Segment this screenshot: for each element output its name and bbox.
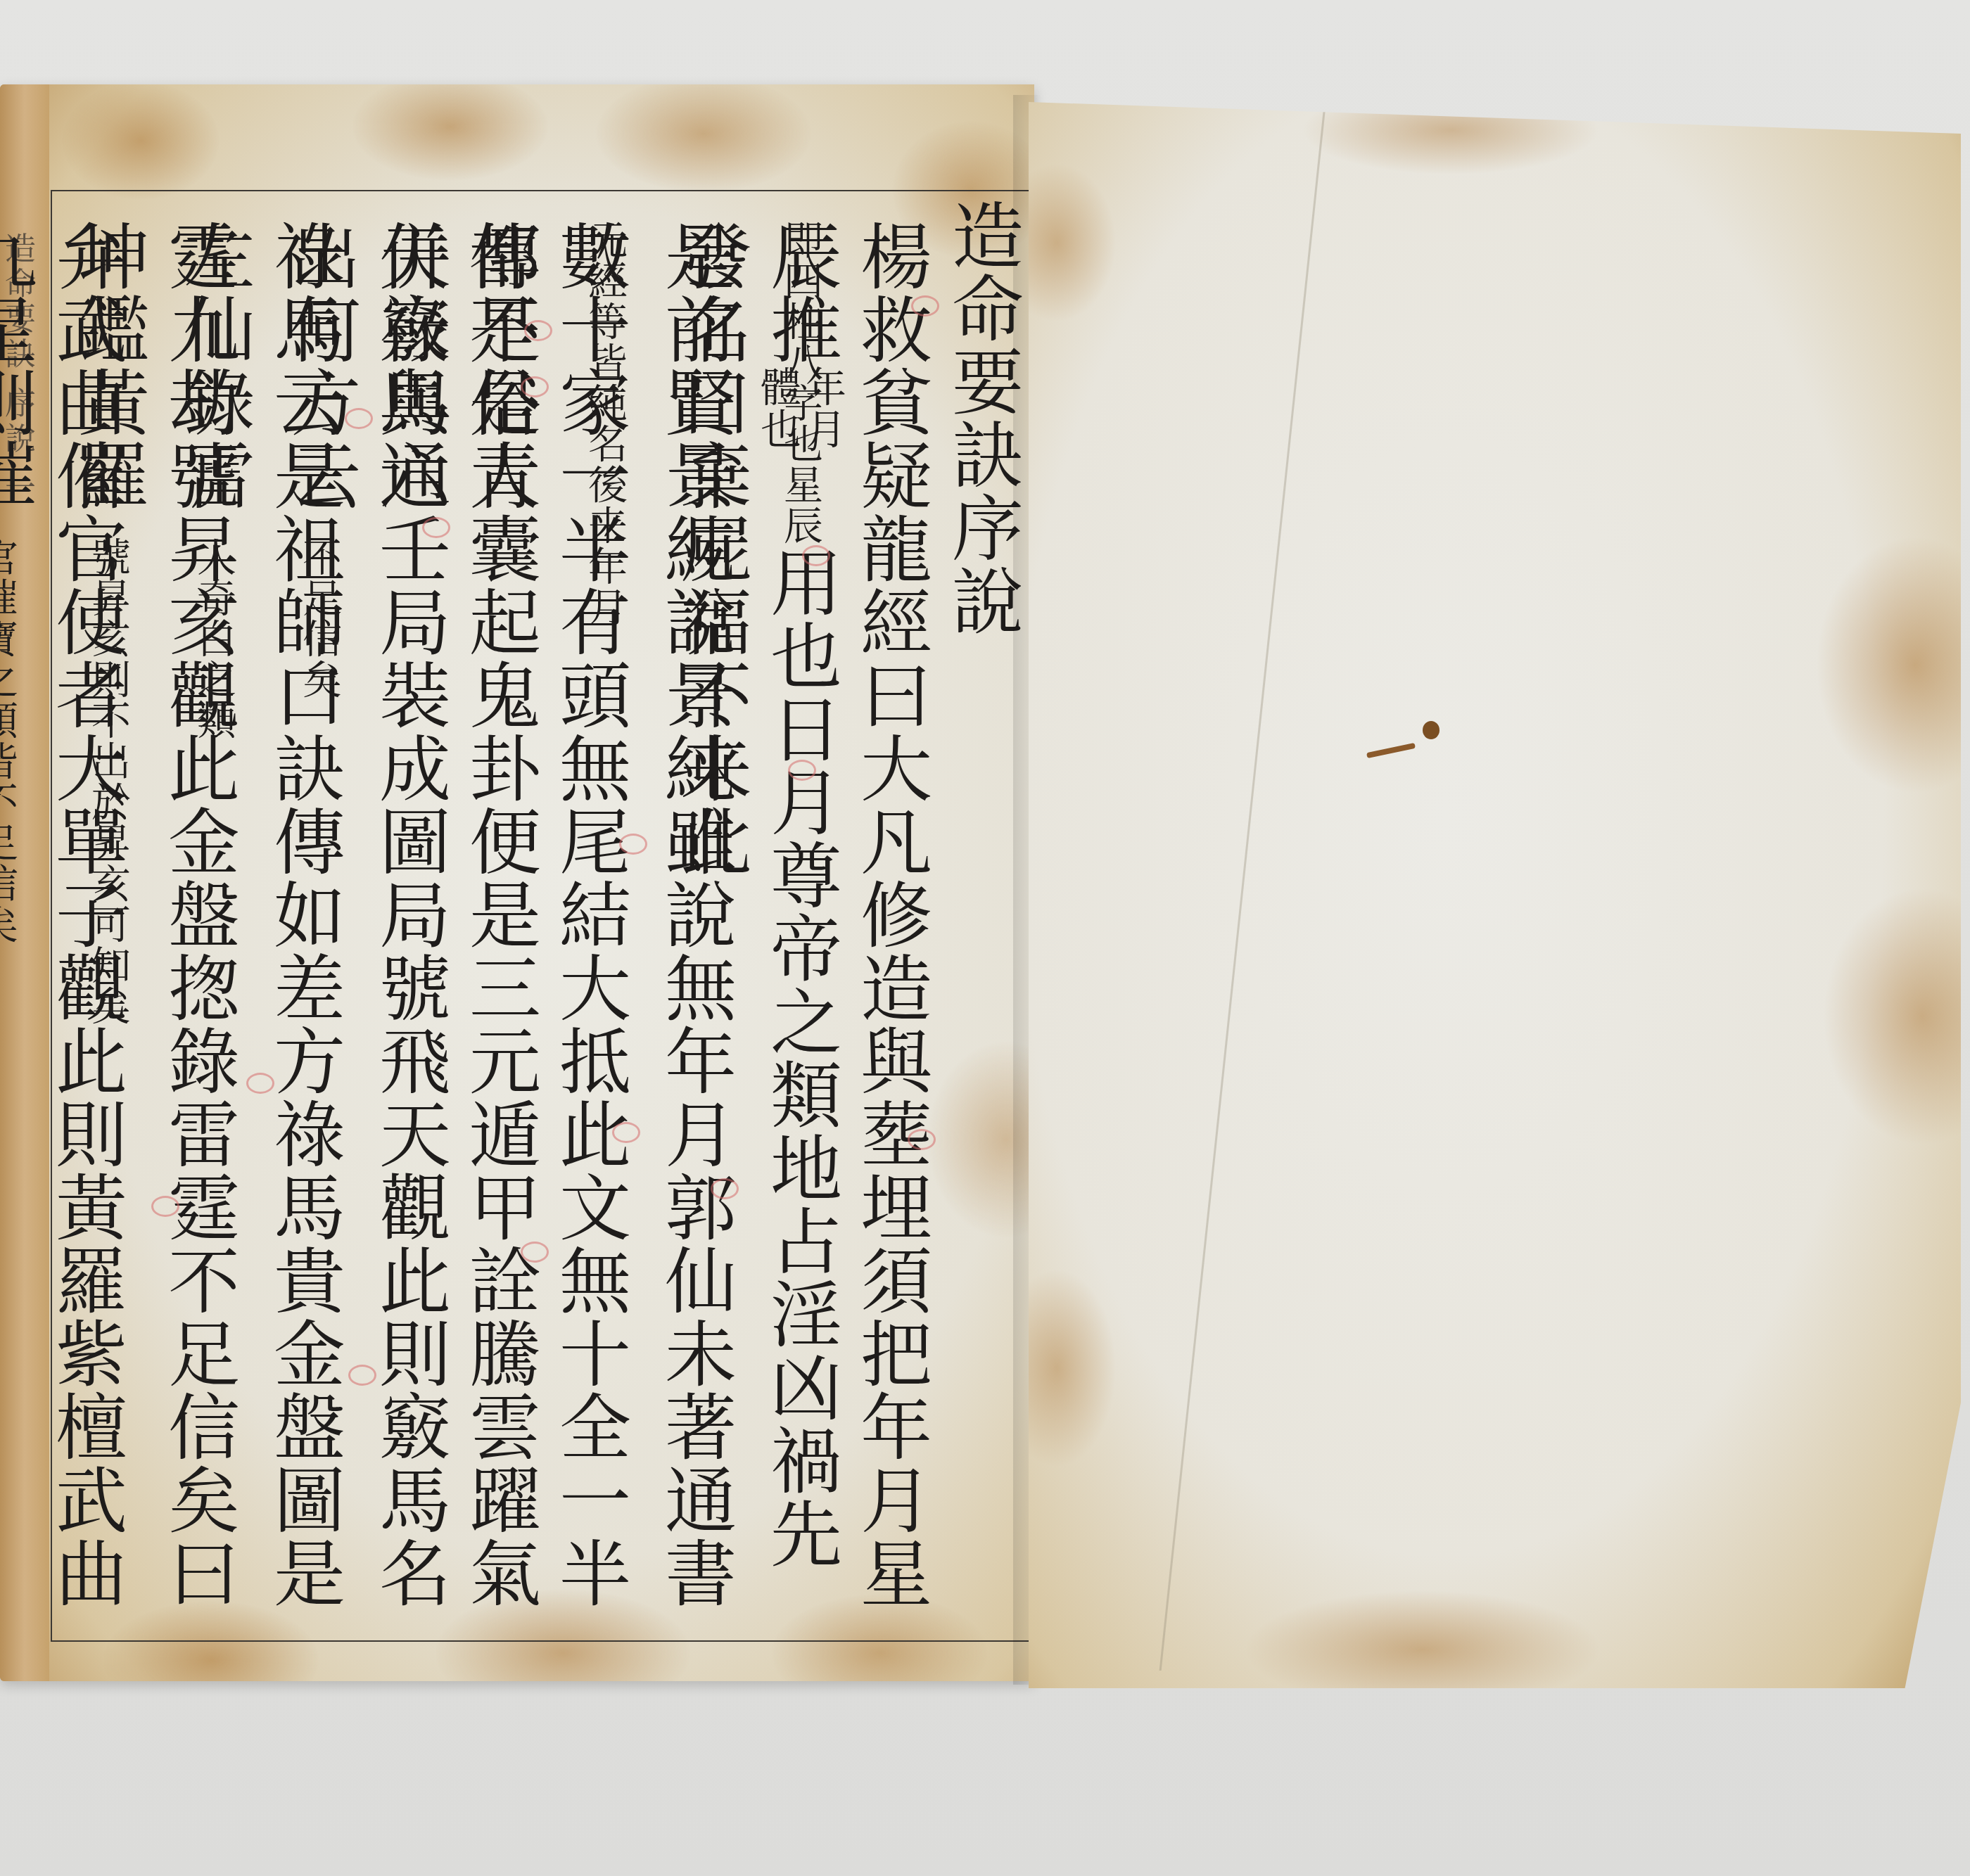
red-circle-mark <box>345 408 373 429</box>
open-book: 造命要訣 序說 一 造命要訣序說 楊救貧疑龍經曰大凡修造與塟埋須把年月星辰推年月… <box>0 81 1970 1685</box>
red-circle-mark <box>348 1365 376 1386</box>
column-note: 不足信矣 <box>296 536 342 699</box>
red-circle-mark <box>802 545 830 566</box>
column-note: 元經等皆純名後来年月 <box>582 219 628 627</box>
red-circle-mark <box>619 834 647 855</box>
red-circle-mark <box>788 760 816 781</box>
red-circle-mark <box>908 1129 936 1150</box>
text-column-1: 楊救貧疑龍經曰大凡修造與塟埋須把年月星辰推年月體也 <box>845 219 935 1619</box>
red-circle-mark <box>524 320 552 341</box>
red-circle-mark <box>521 376 549 397</box>
text-frame-border: 造命要訣序說 楊救貧疑龍經曰大凡修造與塟埋須把年月星辰推年月體也 即四柱八字也星… <box>51 190 1034 1642</box>
red-circle-mark <box>521 1242 549 1263</box>
annotation: 年月體也 <box>755 366 845 450</box>
red-circle-mark <box>711 1178 739 1199</box>
column-note: 官催寶之類皆不足信矣 <box>0 536 18 944</box>
stain-streak <box>1366 743 1416 758</box>
column-note: 人奇白之類 <box>191 536 236 740</box>
red-circle-mark <box>612 1122 640 1143</box>
stain-spot <box>1423 721 1440 739</box>
red-circle-mark <box>151 1196 179 1217</box>
column-note: 號昇亥則不出於昇亥可知矣 <box>85 536 131 1026</box>
text-columns: 造命要訣序說 楊救貧疑龍經曰大凡修造與塟埋須把年月星辰推年月體也 即四柱八字也星… <box>18 219 1027 1619</box>
right-page-blank <box>1029 102 1961 1688</box>
red-circle-mark <box>246 1073 274 1094</box>
paper-fold-line <box>1159 102 1326 1671</box>
left-page: 造命要訣 序說 一 造命要訣序說 楊救貧疑龍經曰大凡修造與塟埋須把年月星辰推年月… <box>0 84 1034 1681</box>
red-circle-mark <box>911 295 939 317</box>
red-circle-mark <box>422 517 450 538</box>
